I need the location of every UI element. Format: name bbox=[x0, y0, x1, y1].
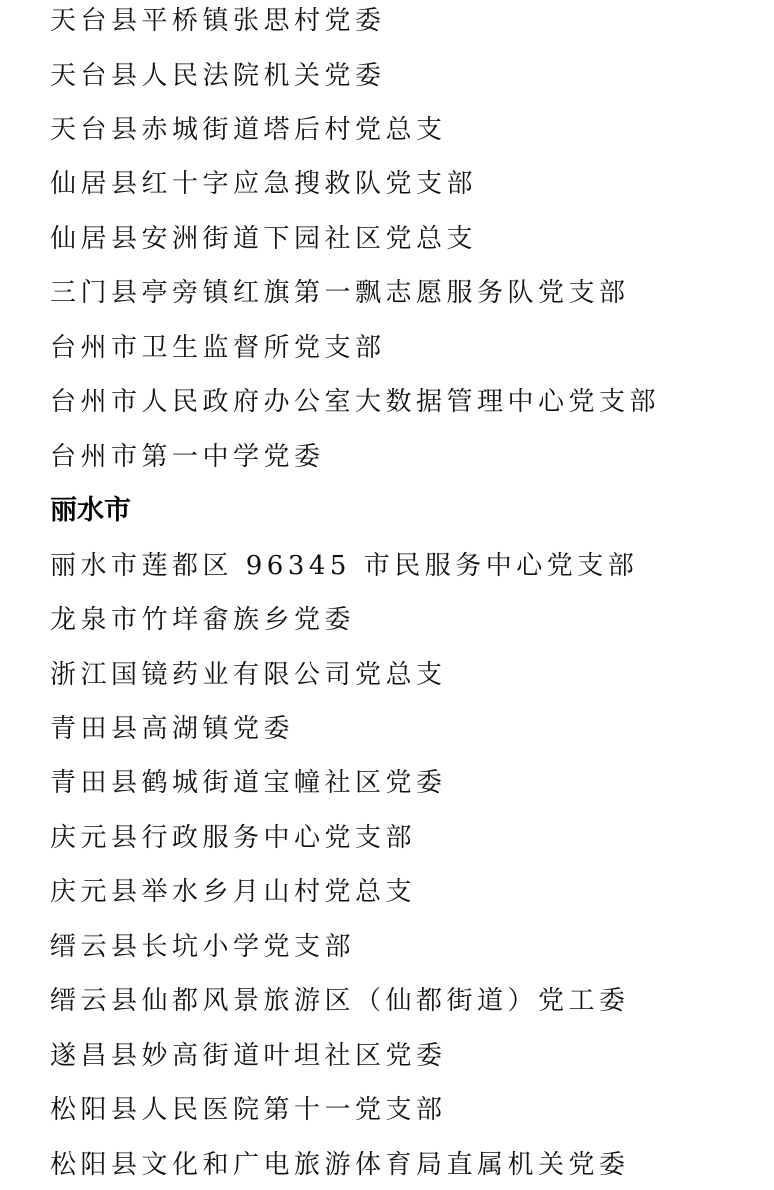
list-item: 天台县赤城街道塔后村党总支 bbox=[50, 110, 447, 150]
list-item: 庆元县举水乡月山村党总支 bbox=[50, 872, 416, 912]
list-item: 庆元县行政服务中心党支部 bbox=[50, 818, 416, 858]
list-item: 台州市第一中学党委 bbox=[50, 437, 325, 477]
list-item: 仙居县安洲街道下园社区党总支 bbox=[50, 219, 477, 259]
list-item: 缙云县长坑小学党支部 bbox=[50, 927, 355, 967]
list-item: 缙云县仙都风景旅游区（仙都街道）党工委 bbox=[50, 981, 630, 1021]
list-item: 松阳县人民医院第十一党支部 bbox=[50, 1090, 447, 1130]
list-item: 丽水市莲都区 96345 市民服务中心党支部 bbox=[50, 546, 638, 586]
list-item: 浙江国镜药业有限公司党总支 bbox=[50, 655, 447, 695]
list-item: 台州市人民政府办公室大数据管理中心党支部 bbox=[50, 382, 660, 422]
list-item: 龙泉市竹垟畲族乡党委 bbox=[50, 600, 355, 640]
list-item: 松阳县文化和广电旅游体育局直属机关党委 bbox=[50, 1145, 630, 1185]
list-item: 三门县亭旁镇红旗第一飘志愿服务队党支部 bbox=[50, 273, 630, 313]
document-page: 天台县平桥镇张思村党委 天台县人民法院机关党委 天台县赤城街道塔后村党总支 仙居… bbox=[0, 0, 774, 1190]
section-heading: 丽水市 bbox=[50, 491, 131, 531]
list-item: 天台县平桥镇张思村党委 bbox=[50, 1, 386, 41]
list-item: 遂昌县妙高街道叶坦社区党委 bbox=[50, 1036, 447, 1076]
list-item: 青田县高湖镇党委 bbox=[50, 709, 294, 749]
list-item: 青田县鹤城街道宝幢社区党委 bbox=[50, 763, 447, 803]
list-item: 天台县人民法院机关党委 bbox=[50, 56, 386, 96]
list-item: 仙居县红十字应急搜救队党支部 bbox=[50, 164, 477, 204]
list-item: 台州市卫生监督所党支部 bbox=[50, 328, 386, 368]
